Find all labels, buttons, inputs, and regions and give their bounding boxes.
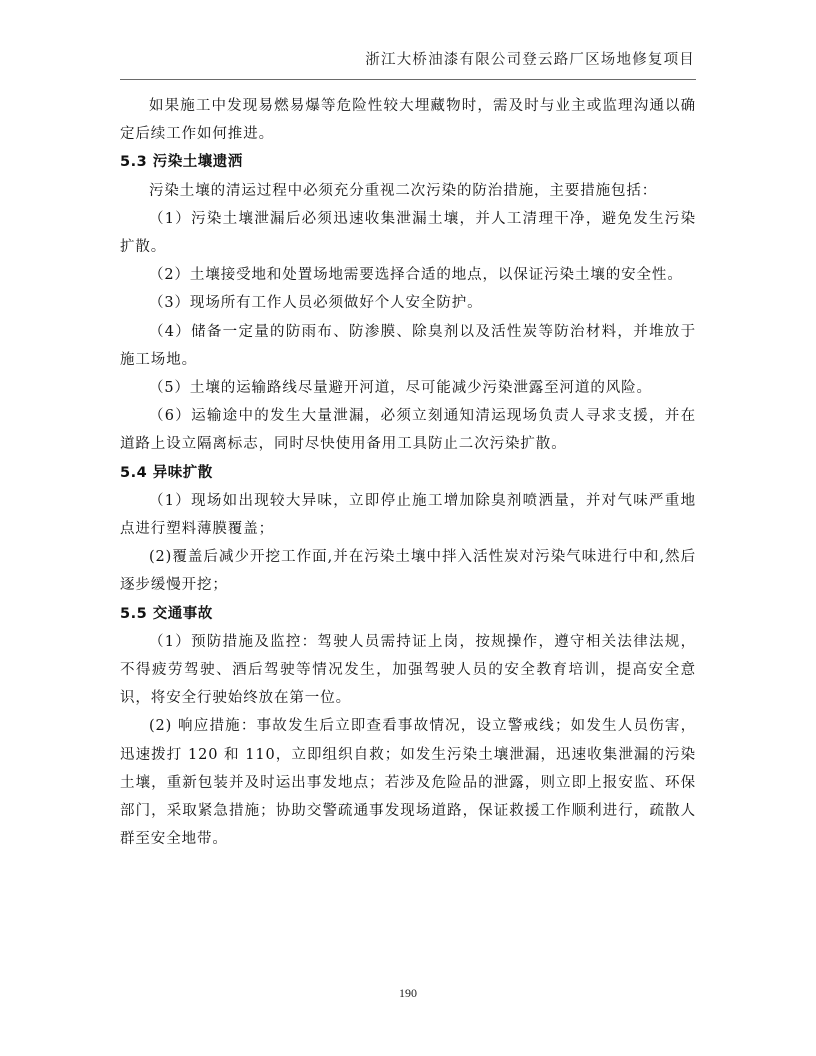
paragraph-5-4-item-1: （1）现场如出现较大异味，立即停止施工增加除臭剂喷洒量，并对气味严重地点进行塑料… — [120, 487, 696, 543]
paragraph-5-3-intro: 污染土壤的清运过程中必须充分重视二次污染的防治措施，主要措施包括： — [120, 177, 696, 205]
header-rule — [120, 79, 696, 80]
paragraph-5-3-item-1: （1）污染土壤泄漏后必须迅速收集泄漏土壤，并人工清理干净，避免发生污染扩散。 — [120, 205, 696, 261]
document-page: 浙江大桥油漆有限公司登云路厂区场地修复项目 如果施工中发现易燃易爆等危险性较大埋… — [0, 0, 816, 1056]
paragraph-5-3-item-4: （4）储备一定量的防雨布、防渗膜、除臭剂以及活性炭等防治材料，并堆放于施工场地。 — [120, 318, 696, 374]
paragraph-5-4-item-2: (2)覆盖后减少开挖工作面,并在污染土壤中拌入活性炭对污染气味进行中和,然后逐步… — [120, 543, 696, 599]
page-number: 190 — [0, 986, 816, 1001]
paragraph-5-3-item-2: （2）土壤接受地和处置场地需要选择合适的地点，以保证污染土壤的安全性。 — [120, 261, 696, 289]
paragraph-hazard-discovery: 如果施工中发现易燃易爆等危险性较大埋藏物时，需及时与业主或监理沟通以确定后续工作… — [120, 92, 696, 148]
section-heading-5-5: 5.5 交通事故 — [120, 600, 696, 628]
paragraph-5-5-item-2: (2) 响应措施：事故发生后立即查看事故情况，设立警戒线；如发生人员伤害，迅速拨… — [120, 712, 696, 853]
running-header: 浙江大桥油漆有限公司登云路厂区场地修复项目 — [120, 50, 695, 70]
body-text: 如果施工中发现易燃易爆等危险性较大埋藏物时，需及时与业主或监理沟通以确定后续工作… — [120, 92, 696, 853]
paragraph-5-3-item-3: （3）现场所有工作人员必须做好个人安全防护。 — [120, 289, 696, 317]
paragraph-5-3-item-6: （6）运输途中的发生大量泄漏，必须立刻通知清运现场负责人寻求支援，并在道路上设立… — [120, 402, 696, 458]
paragraph-5-5-item-1: （1）预防措施及监控：驾驶人员需持证上岗，按规操作，遵守相关法律法规，不得疲劳驾… — [120, 628, 696, 713]
section-heading-5-4: 5.4 异味扩散 — [120, 459, 696, 487]
section-heading-5-3: 5.3 污染土壤遗洒 — [120, 148, 696, 176]
paragraph-5-3-item-5: （5）土壤的运输路线尽量避开河道，尽可能减少污染泄露至河道的风险。 — [120, 374, 696, 402]
